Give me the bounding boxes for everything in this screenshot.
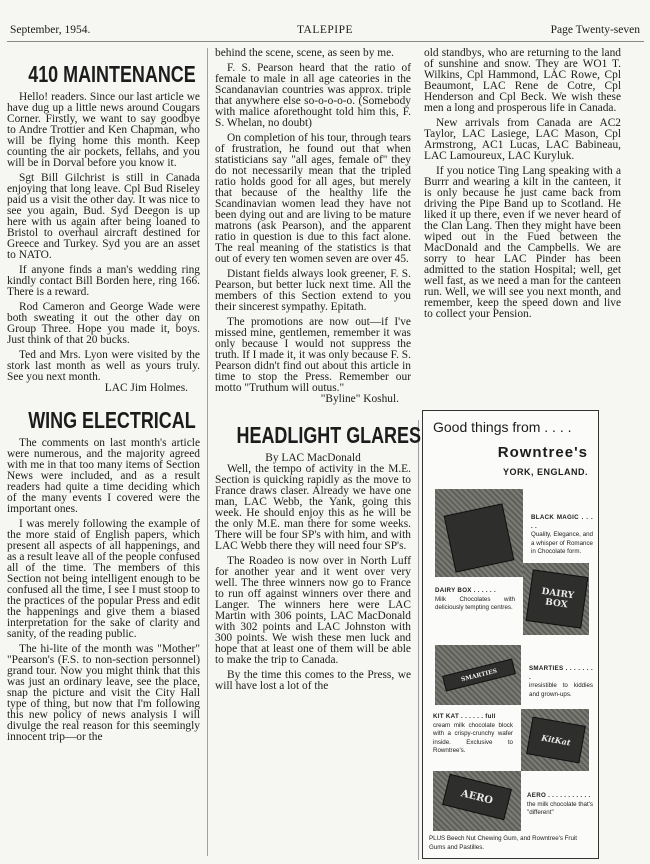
kit-kat-pack-icon: KitKat bbox=[526, 717, 586, 764]
paragraph: Sgt Bill Gilchrist is still in Canada en… bbox=[7, 173, 200, 261]
paragraph: Ted and Mrs. Lyon were visited by the st… bbox=[7, 350, 200, 383]
kit-kat-photo: KitKat bbox=[521, 709, 589, 771]
paragraph: The hi-lite of the month was "Mother" "P… bbox=[7, 644, 200, 743]
paragraph: Hello! readers. Since our last article w… bbox=[7, 92, 200, 169]
paragraph: Rod Cameron and George Wade were both sw… bbox=[7, 302, 200, 346]
page-header: TALEPIPE September, 1954. Page Twenty-se… bbox=[10, 24, 640, 40]
ad-location: YORK, ENGLAND. bbox=[503, 467, 588, 477]
signature: "Byline" Koshul. bbox=[215, 394, 399, 405]
ad-brand: Rowntree's bbox=[498, 444, 588, 461]
column-divider bbox=[207, 48, 208, 856]
paragraph: On completion of his tour, through tears… bbox=[215, 133, 411, 265]
product-black-magic: BLACK MAGIC . . . . . Quality, Elegance,… bbox=[531, 514, 593, 557]
smarties-photo: SMARTIES bbox=[435, 645, 521, 705]
rowntree-advertisement: Good things from . . . . Rowntree's YORK… bbox=[422, 410, 599, 859]
black-magic-photo bbox=[435, 489, 523, 577]
ad-headline: Good things from . . . . bbox=[433, 419, 572, 435]
dairy-box-photo: DAIRY BOX bbox=[523, 563, 589, 635]
column-divider bbox=[418, 420, 419, 860]
product-dairy-box: DAIRY BOX . . . . . . Milk Chocolates wi… bbox=[435, 587, 515, 613]
publication-title: TALEPIPE bbox=[10, 24, 640, 36]
paragraph: old standbys, who are returning to the l… bbox=[424, 48, 621, 114]
paragraph: By the time this comes to the Press, we … bbox=[215, 670, 411, 692]
column-right: old standbys, who are returning to the l… bbox=[424, 48, 621, 324]
signature: LAC Jim Holmes. bbox=[7, 383, 188, 394]
chocolate-box-icon bbox=[444, 503, 515, 572]
section-title-headlight: HEADLIGHT GLARES bbox=[237, 423, 390, 447]
paragraph: The promotions are now out—if I've misse… bbox=[215, 317, 411, 394]
issue-date: September, 1954. bbox=[10, 24, 90, 36]
aero-photo: AERO bbox=[433, 771, 521, 831]
page-number: Page Twenty-seven bbox=[551, 24, 640, 36]
paragraph: Well, the tempo of activity in the M.E. … bbox=[215, 464, 411, 552]
section-title-maintenance: 410 MAINTENANCE bbox=[28, 62, 179, 86]
paragraph: The comments on last month's article wer… bbox=[7, 438, 200, 515]
paragraph: behind the scene, scene, as seen by me. bbox=[215, 48, 411, 59]
paragraph: New arrivals from Canada are AC2 Taylor,… bbox=[424, 118, 621, 162]
paragraph: The Roadeo is now over in North Luff for… bbox=[215, 556, 411, 666]
column-left: 410 MAINTENANCE Hello! readers. Since ou… bbox=[7, 48, 200, 747]
paragraph: I was merely following the example of th… bbox=[7, 519, 200, 640]
aero-bar-icon: AERO bbox=[442, 774, 512, 821]
dairy-box-pack-icon: DAIRY BOX bbox=[526, 569, 589, 628]
product-kit-kat: KIT KAT . . . . . . full cream milk choc… bbox=[433, 713, 513, 756]
section-title-electrical: WING ELECTRICAL bbox=[28, 408, 179, 432]
smarties-tube-icon: SMARTIES bbox=[442, 659, 516, 692]
paragraph: F. S. Pearson heard that the ratio of fe… bbox=[215, 63, 411, 129]
paragraph: If anyone finds a man's wedding ring kin… bbox=[7, 265, 200, 298]
product-aero: AERO . . . . . . . . . . . the milk choc… bbox=[527, 792, 593, 818]
product-smarties: SMARTIES . . . . . . . . irresistible to… bbox=[529, 665, 593, 699]
paragraph: Distant fields always look greener, F. S… bbox=[215, 269, 411, 313]
paragraph: If you notice Ting Lang speaking with a … bbox=[424, 166, 621, 320]
header-rule bbox=[7, 41, 644, 42]
column-middle: behind the scene, scene, as seen by me. … bbox=[215, 48, 411, 696]
ad-footer: PLUS Beech Nut Chewing Gum, and Rowntree… bbox=[429, 835, 592, 852]
